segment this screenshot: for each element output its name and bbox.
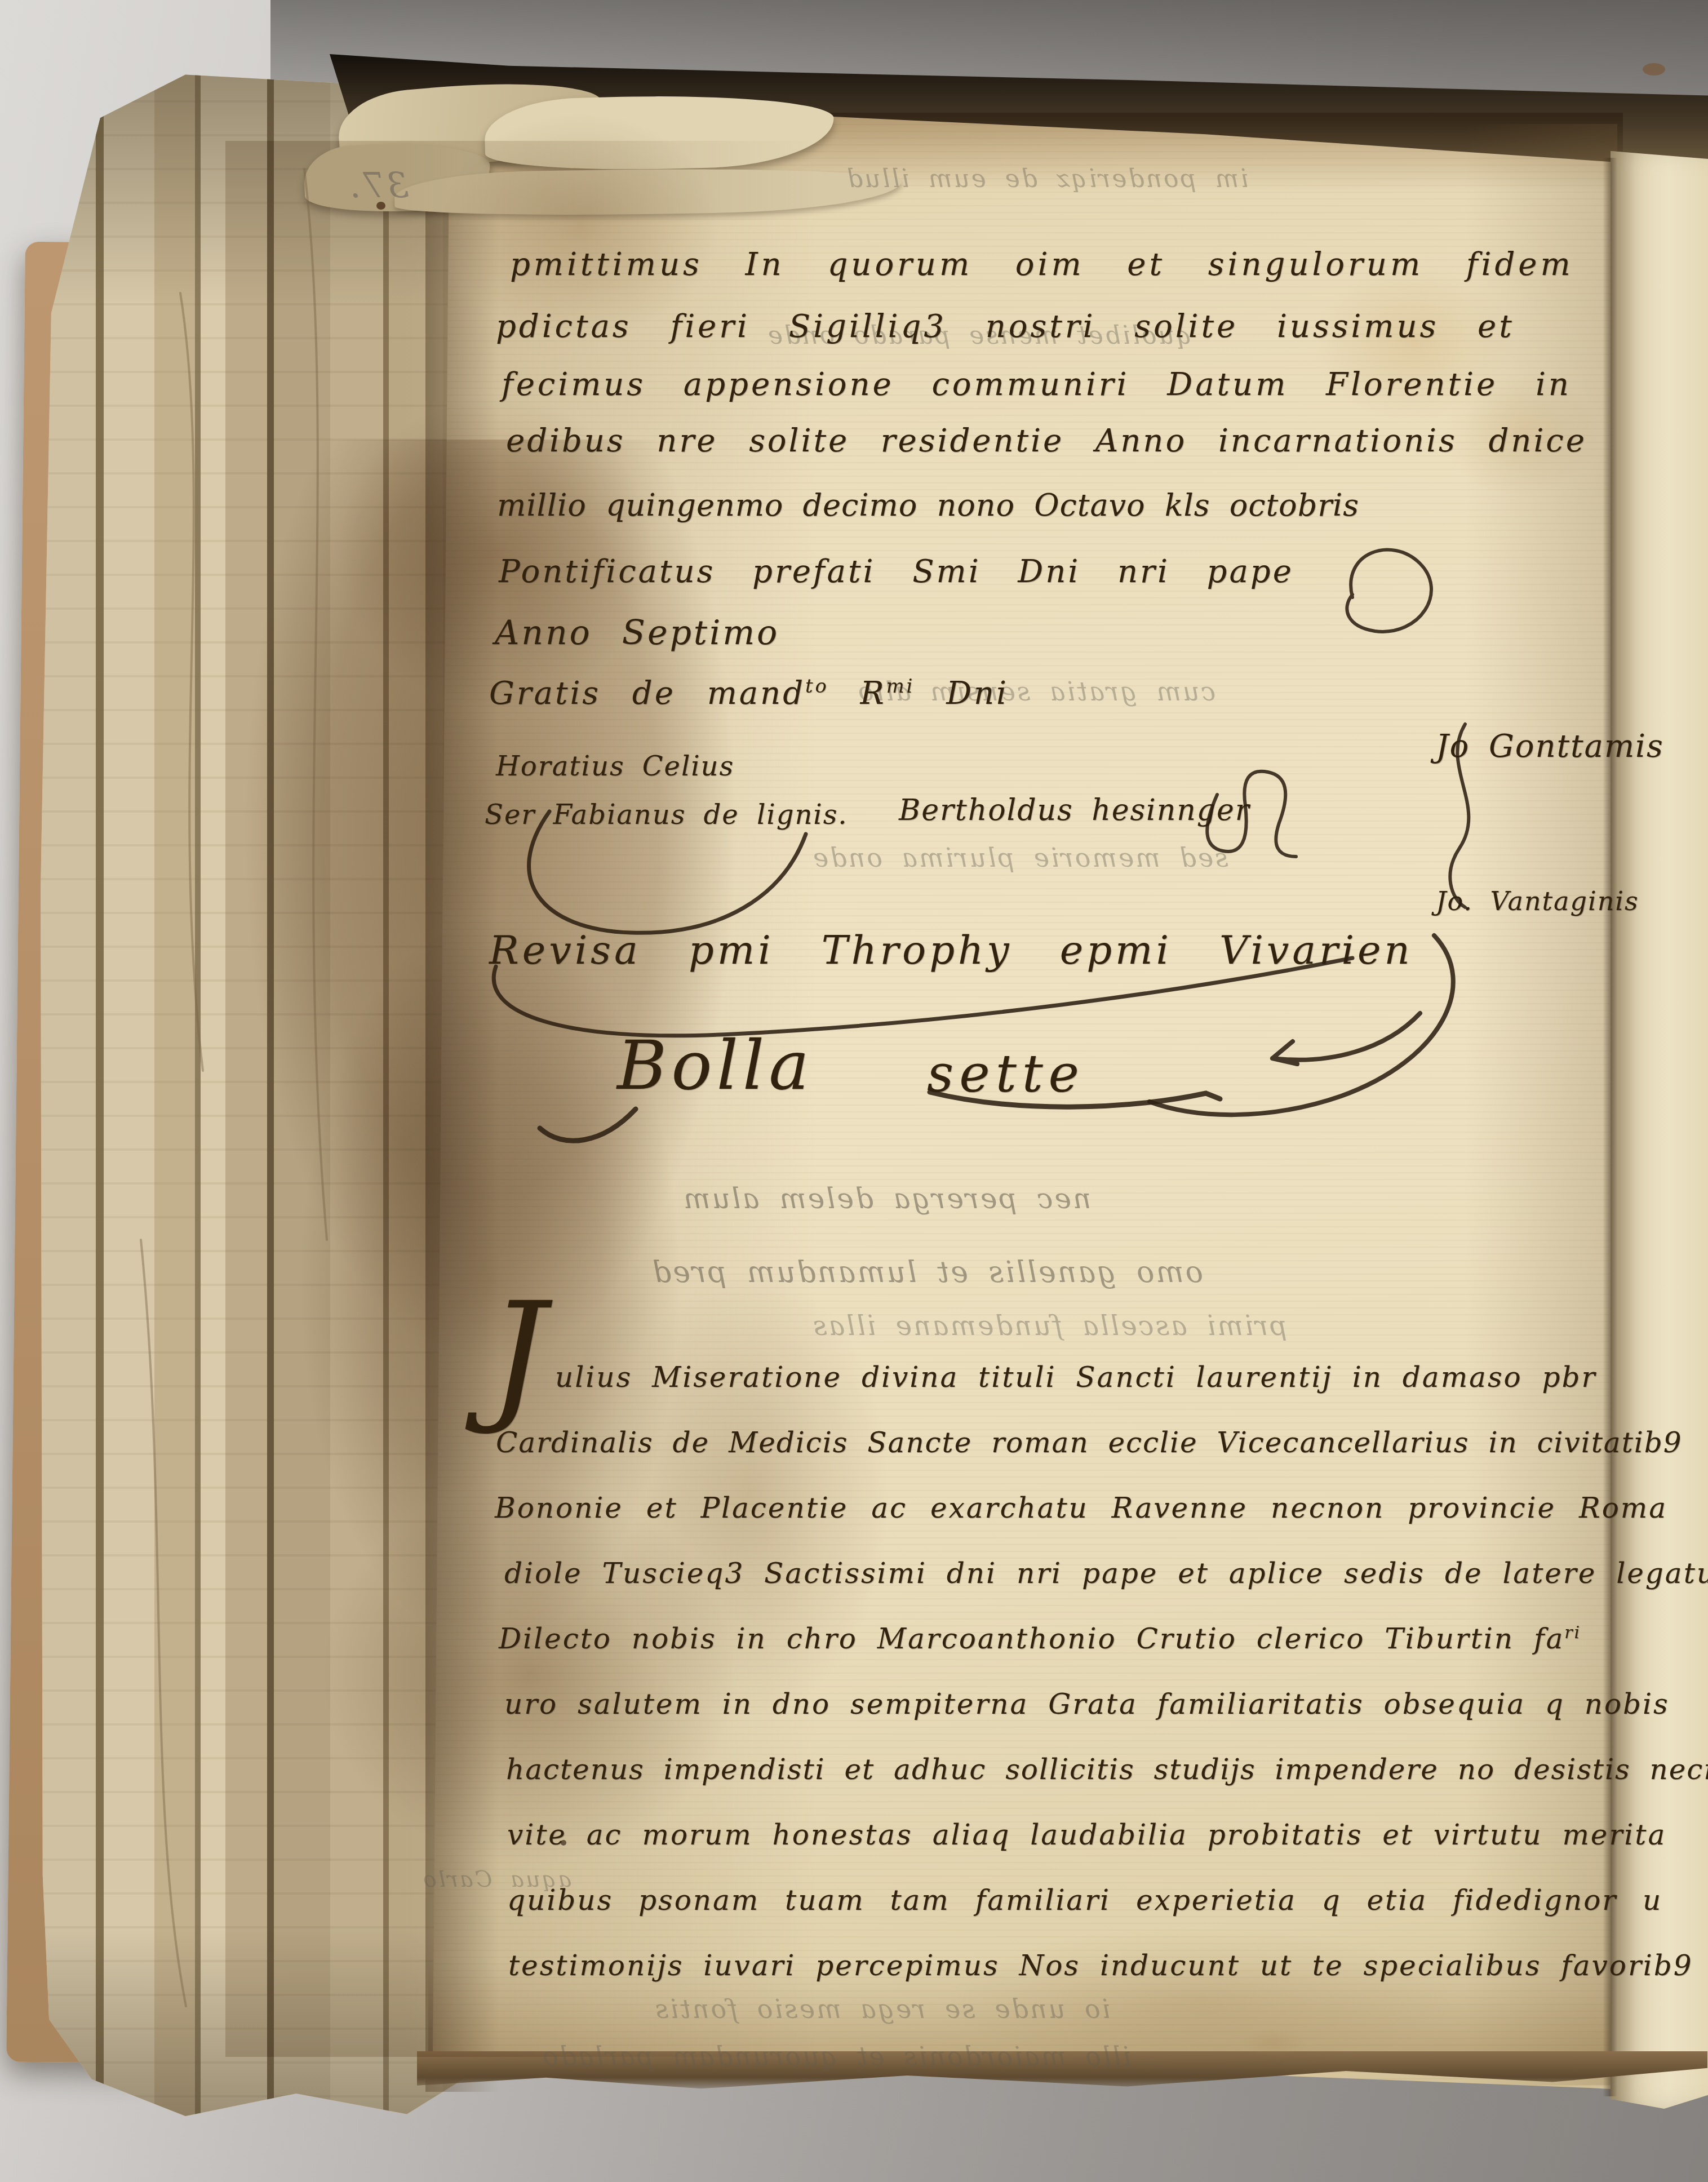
stack-crease [180, 293, 203, 1071]
flourish-undercurve [494, 958, 1352, 1036]
flourish-underloop [529, 811, 806, 933]
sette-underline [930, 1092, 1220, 1107]
flourish-zigzag [1207, 771, 1296, 857]
arrow-flourish [1272, 1013, 1420, 1064]
loop-flourish [1347, 550, 1431, 632]
flourish-vertical [1450, 724, 1469, 907]
bolla-tail [540, 1109, 636, 1141]
stack-crease [304, 169, 327, 1240]
ink-speck [561, 1840, 566, 1846]
stack-crease [141, 1240, 186, 2006]
foxing-spot [1240, 2029, 1307, 2057]
foxing-spot [1643, 63, 1665, 76]
ink-speck [376, 202, 385, 210]
manuscript-photo: 37. im ponderiqz de eum illud quolibet m… [0, 0, 1708, 2182]
pen-flourishes [0, 0, 1708, 2182]
